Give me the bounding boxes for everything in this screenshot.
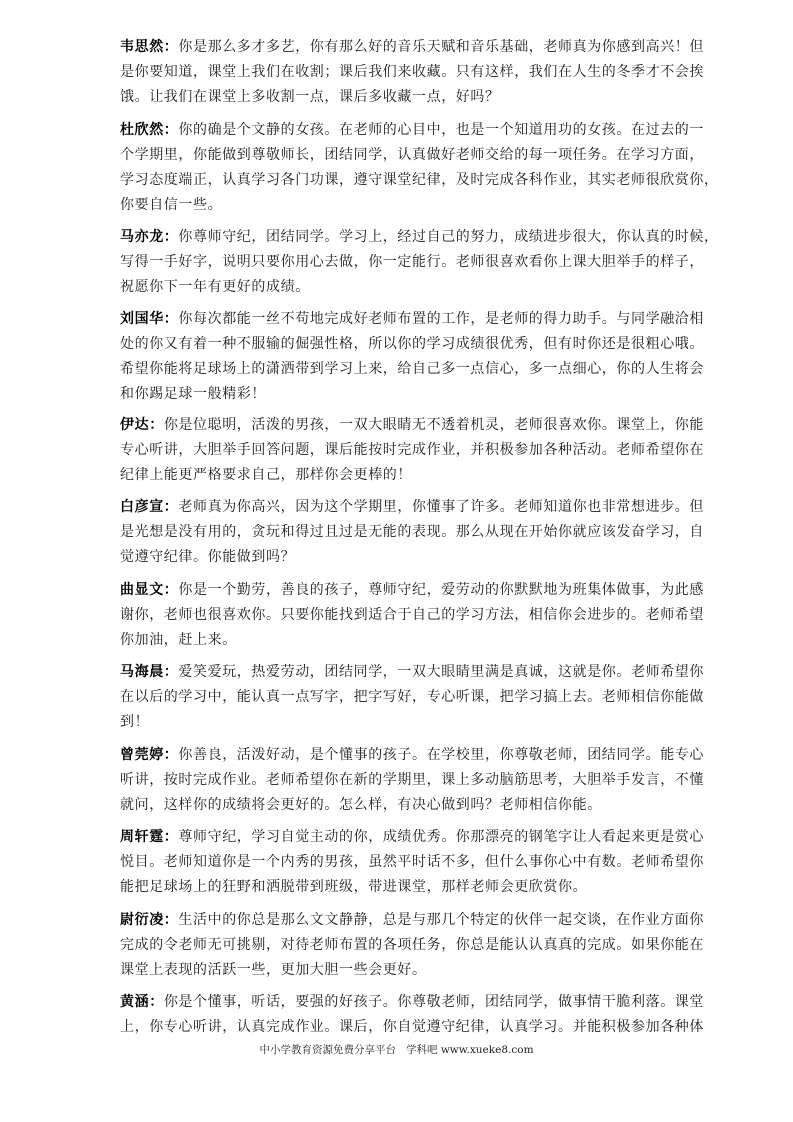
- comment-text: 你是一个勤劳，善良的孩子，尊师守纪，爱劳动的你默默地为班集体做事，为此感: [178, 582, 704, 598]
- comment-text: 你善良，活泼好动，是个懂事的孩子。在学校里，你尊敬老师，团结同学。能专心: [178, 747, 704, 763]
- comment-text: 处的你又有着一种不服输的倔强性格，所以你的学习成绩很优秀，但有时你还是很粗心哦。: [120, 332, 676, 357]
- comment-text: 觉遵守纪律。你能做到吗？: [120, 545, 676, 570]
- student-name: 白彦宣：: [120, 499, 178, 515]
- comment-text: 你加油，赶上来。: [120, 628, 676, 653]
- student-comment: 周轩霆：尊师守纪，学习自觉主动的你，成绩优秀。你那漂亮的钢笔字让人看起来更是赏心…: [120, 825, 676, 900]
- comment-text: 你是个懂事，听话，要强的好孩子。你尊敬老师，团结同学，做事情干脆利落。课堂: [164, 994, 704, 1010]
- student-comment: 伊达：你是位聪明，活泼的男孩，一双大眼睛无不透着机灵，老师很喜欢你。课堂上，你能…: [120, 413, 676, 488]
- student-comment: 白彦宣：老师真为你高兴，因为这个学期里，你懂事了许多。老师知道你也非常想进步。但…: [120, 495, 676, 570]
- student-name: 曲显文：: [120, 582, 178, 598]
- student-comment: 马海晨：爱笑爱玩，热爱劳动，团结同学，一双大眼睛里满是真诚，这就是你。老师希望你…: [120, 660, 676, 735]
- student-name: 马亦龙：: [120, 229, 178, 245]
- student-comment: 曲显文：你是一个勤劳，善良的孩子，尊师守纪，爱劳动的你默默地为班集体做事，为此感…: [120, 578, 676, 653]
- comment-text: 饿。让我们在课堂上多收割一点，课后多收藏一点，好吗？: [120, 85, 676, 110]
- student-comment: 杜欣然：你的确是个文静的女孩。在老师的心目中，也是一个知道用功的女孩。在过去的一…: [120, 118, 676, 218]
- student-name: 韦思然：: [120, 39, 178, 55]
- comment-text: 你的确是个文静的女孩。在老师的心目中，也是一个知道用功的女孩。在过去的一: [178, 122, 704, 138]
- comment-text: 写得一手好字，说明只要你用心去做，你一定能行。老师很喜欢看你上课大胆举手的样子，: [120, 250, 676, 275]
- student-name: 周轩霆：: [120, 829, 178, 845]
- comment-text: 学习态度端正，认真学习各门功课，遵守课堂纪律，及时完成各科作业，其实老师很欣赏你…: [120, 168, 676, 193]
- comment-text: 你是位聪明，活泼的男孩，一双大眼睛无不透着机灵，老师很喜欢你。课堂上，你能: [164, 417, 704, 433]
- comment-text: 爱笑爱玩，热爱劳动，团结同学，一双大眼睛里满是真诚，这就是你。老师希望你: [178, 664, 704, 680]
- student-comment: 尉衍凌：生活中的你总是那么文文静静，总是与那几个特定的伙伴一起交谈，在作业方面你…: [120, 908, 676, 983]
- student-comment: 韦思然：你是那么多才多艺，你有那么好的音乐天赋和音乐基础，老师真为你感到高兴！但…: [120, 35, 676, 110]
- student-name: 尉衍凌：: [120, 912, 178, 928]
- student-name: 杜欣然：: [120, 122, 178, 138]
- comment-text: 能把足球场上的狂野和洒脱带到班级，带进课堂，那样老师会更欣赏你。: [120, 875, 676, 900]
- comment-text: 尊师守纪，学习自觉主动的你，成绩优秀。你那漂亮的钢笔字让人看起来更是赏心: [178, 829, 704, 845]
- student-name: 伊达：: [120, 417, 164, 433]
- student-comment: 黄涵：你是个懂事，听话，要强的好孩子。你尊敬老师，团结同学，做事情干脆利落。课堂…: [120, 990, 676, 1040]
- comment-text: 和你踢足球一般精彩！: [120, 382, 676, 407]
- comment-text: 在以后的学习中，能认真一点写字，把字写好，专心听课，把学习搞上去。老师相信你能做: [120, 685, 676, 710]
- student-comment: 刘国华：你每次都能一丝不苟地完成好老师布置的工作，是老师的得力助手。与同学融洽相…: [120, 307, 676, 407]
- student-comment: 曾莞婷：你善良，活泼好动，是个懂事的孩子。在学校里，你尊敬老师，团结同学。能专心…: [120, 743, 676, 818]
- comment-text: 祝愿你下一年有更好的成绩。: [120, 275, 676, 300]
- comment-text: 你要自信一些。: [120, 193, 676, 218]
- comment-text: 上，你专心听讲，认真完成作业。课后，你自觉遵守纪律，认真学习。并能积极参加各种体: [120, 1015, 676, 1040]
- comment-text: 纪律上能更严格要求自己，那样你会更棒的！: [120, 463, 676, 488]
- comment-text: 是光想是没有用的，贪玩和得过且过是无能的表现。那么从现在开始你就应该发奋学习，自: [120, 520, 676, 545]
- page-footer: 中小学教育资源免费分享平台 学科吧 www.xueke8.com: [0, 1042, 793, 1057]
- comment-text: 谢你，老师也很喜欢你。只要你能找到适合于自己的学习方法，相信你会进步的。老师希望: [120, 603, 676, 628]
- student-name: 黄涵：: [120, 994, 164, 1010]
- comment-text: 是你要知道，课堂上我们在收割；课后我们来收藏。只有这样，我们在人生的冬季才不会挨: [120, 60, 676, 85]
- comment-text: 你是那么多才多艺，你有那么好的音乐天赋和音乐基础，老师真为你感到高兴！但: [178, 39, 704, 55]
- comment-text: 专心听讲，大胆举手回答问题，课后能按时完成作业，并积极参加各种活动。老师希望你在: [120, 438, 676, 463]
- comment-text: 希望你能将足球场上的潇洒带到学习上来，给自己多一点信心，多一点细心，你的人生将会: [120, 357, 676, 382]
- comment-text: 老师真为你高兴，因为这个学期里，你懂事了许多。老师知道你也非常想进步。但: [178, 499, 704, 515]
- comment-text: 个学期里，你能做到尊敬师长，团结同学，认真做好老师交给的每一项任务。在学习方面，: [120, 143, 676, 168]
- comment-text: 悦目。老师知道你是一个内秀的男孩，虽然平时话不多，但什么事你心中有数。老师希望你: [120, 850, 676, 875]
- student-name: 曾莞婷：: [120, 747, 178, 763]
- comment-text: 课堂上表现的活跃一些，更加大胆一些会更好。: [120, 958, 676, 983]
- comment-text: 就问，这样你的成绩将会更好的。怎么样，有决心做到吗？老师相信你能。: [120, 793, 676, 818]
- comment-text: 完成的令老师无可挑剔，对待老师布置的各项任务，你总是能认认真真的完成。如果你能在: [120, 933, 676, 958]
- comment-text: 生活中的你总是那么文文静静，总是与那几个特定的伙伴一起交谈，在作业方面你: [178, 912, 704, 928]
- comment-text: 你每次都能一丝不苟地完成好老师布置的工作，是老师的得力助手。与同学融洽相: [178, 311, 704, 327]
- comment-text: 到！: [120, 710, 676, 735]
- student-name: 刘国华：: [120, 311, 178, 327]
- student-name: 马海晨：: [120, 664, 178, 680]
- document-page: 韦思然：你是那么多才多艺，你有那么好的音乐天赋和音乐基础，老师真为你感到高兴！但…: [0, 0, 793, 1122]
- student-comment: 马亦龙：你尊师守纪，团结同学。学习上，经过自己的努力，成绩进步很大，你认真的时候…: [120, 225, 676, 300]
- comment-text: 听讲，按时完成作业。老师希望你在新的学期里，课上多动脑筋思考，大胆举手发言，不懂: [120, 768, 676, 793]
- comment-text: 你尊师守纪，团结同学。学习上，经过自己的努力，成绩进步很大，你认真的时候，: [178, 229, 718, 245]
